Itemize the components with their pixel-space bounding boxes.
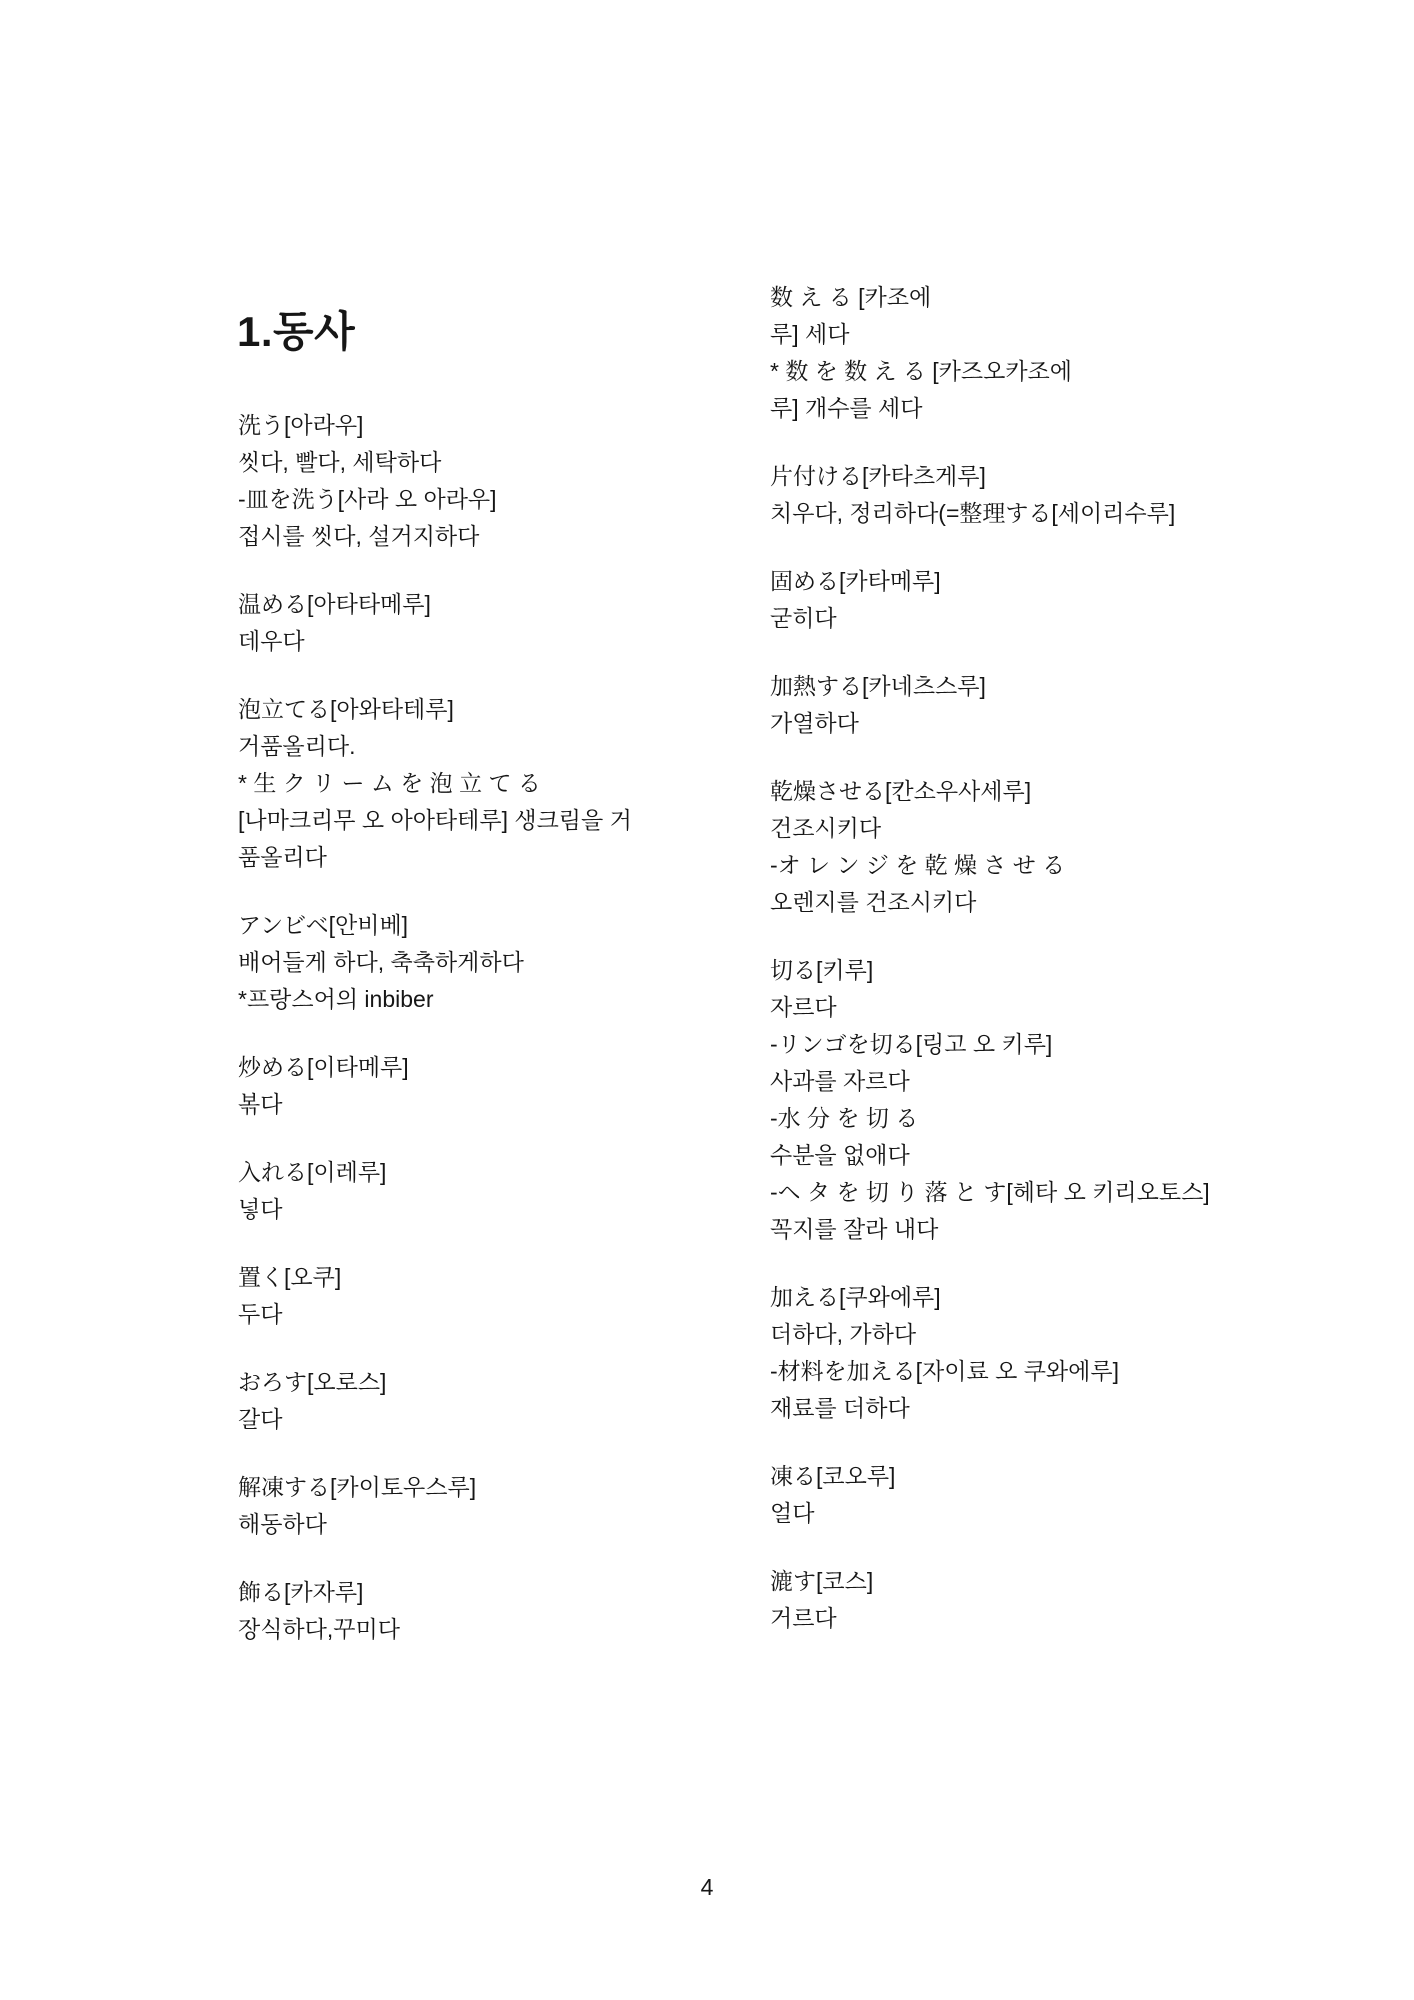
vocab-entry: 解凍する[카이토우스루]해동하다 xyxy=(238,1469,678,1543)
vocab-line: 꼭지를 잘라 내다 xyxy=(770,1211,1220,1248)
vocab-line: -オ レ ン ジ を 乾 燥 さ せ る xyxy=(770,847,1220,884)
page-title: 1.동사 xyxy=(237,309,355,355)
vocab-entry: 飾る[카자루]장식하다,꾸미다 xyxy=(238,1574,678,1648)
vocab-line: 洗う[아라우] xyxy=(238,407,678,444)
vocab-line: * 生 ク リ ー ム を 泡 立 て る xyxy=(238,765,678,802)
vocab-line: 오렌지를 건조시키다 xyxy=(770,884,1220,921)
vocab-line: -ヘ タ を 切 り 落 と す[헤타 오 키리오토스] xyxy=(770,1174,1220,1211)
vocab-line: 거품올리다. xyxy=(238,728,678,765)
vocab-entry: 加える[쿠와에루]더하다, 가하다-材料を加える[자이료 오 쿠와에루]재료를 … xyxy=(770,1279,1220,1427)
vocab-line: 固める[카타메루] xyxy=(770,563,1220,600)
vocab-line: 루] 세다 xyxy=(770,316,1220,353)
vocab-line: 수분을 없애다 xyxy=(770,1137,1220,1174)
vocab-line: 데우다 xyxy=(238,623,678,660)
vocab-line: 片付ける[카타츠게루] xyxy=(770,458,1220,495)
vocab-entry: おろす[오로스]갈다 xyxy=(238,1364,678,1438)
vocab-line: 얼다 xyxy=(770,1495,1220,1532)
vocab-entry: 片付ける[카타츠게루]치우다, 정리하다(=整理する[세이리수루] xyxy=(770,458,1220,532)
vocab-line: 접시를 씻다, 설거지하다 xyxy=(238,518,678,555)
vocab-entry: アンビベ[안비베]배어들게 하다, 축축하게하다*프랑스어의 inbiber xyxy=(238,907,678,1018)
vocab-line: 炒める[이타메루] xyxy=(238,1049,678,1086)
vocab-line: 해동하다 xyxy=(238,1506,678,1543)
vocab-entry: 固める[카타메루]굳히다 xyxy=(770,563,1220,637)
vocab-line: 건조시키다 xyxy=(770,810,1220,847)
vocab-entry: 温める[아타타메루]데우다 xyxy=(238,586,678,660)
vocab-entry: 置く[오쿠]두다 xyxy=(238,1259,678,1333)
vocab-line: アンビベ[안비베] xyxy=(238,907,678,944)
document-page: 1.동사 洗う[아라우]씻다, 빨다, 세탁하다-皿を洗う[사라 오 아라우]접… xyxy=(0,0,1414,2000)
vocab-line: 품올리다 xyxy=(238,839,678,876)
vocab-line: 씻다, 빨다, 세탁하다 xyxy=(238,444,678,481)
vocab-entry: 洗う[아라우]씻다, 빨다, 세탁하다-皿を洗う[사라 오 아라우]접시를 씻다… xyxy=(238,407,678,555)
vocab-line: 재료를 더하다 xyxy=(770,1390,1220,1427)
vocab-line: 굳히다 xyxy=(770,600,1220,637)
vocab-line: 置く[오쿠] xyxy=(238,1259,678,1296)
vocab-line: 더하다, 가하다 xyxy=(770,1316,1220,1353)
vocab-line: 볶다 xyxy=(238,1086,678,1123)
vocab-line: 解凍する[카이토우스루] xyxy=(238,1469,678,1506)
vocab-line: 漉す[코스] xyxy=(770,1563,1220,1600)
vocab-line: 루] 개수를 세다 xyxy=(770,390,1220,427)
vocab-line: 배어들게 하다, 축축하게하다 xyxy=(238,944,678,981)
vocab-entry: 漉す[코스]거르다 xyxy=(770,1563,1220,1637)
vocab-line: 사과를 자르다 xyxy=(770,1063,1220,1100)
vocab-line: -リンゴを切る[링고 오 키루] xyxy=(770,1026,1220,1063)
vocab-line: 凍る[코오루] xyxy=(770,1458,1220,1495)
vocab-line: 泡立てる[아와타테루] xyxy=(238,691,678,728)
vocab-line: 温める[아타타메루] xyxy=(238,586,678,623)
vocab-entry: 加熱する[카네츠스루]가열하다 xyxy=(770,668,1220,742)
vocab-line: 두다 xyxy=(238,1296,678,1333)
vocab-line: 切る[키루] xyxy=(770,952,1220,989)
vocab-line: 자르다 xyxy=(770,989,1220,1026)
vocab-entry: 数 え る [카조에루] 세다* 数 を 数 え る [카즈오카조에루] 개수를… xyxy=(770,279,1220,427)
vocab-line: 가열하다 xyxy=(770,705,1220,742)
right-column: 数 え る [카조에루] 세다* 数 を 数 え る [카즈오카조에루] 개수를… xyxy=(770,279,1220,1668)
vocab-line: * 数 を 数 え る [카즈오카조에 xyxy=(770,353,1220,390)
vocab-line: 치우다, 정리하다(=整理する[세이리수루] xyxy=(770,495,1220,532)
vocab-line: 갈다 xyxy=(238,1401,678,1438)
vocab-line: 乾燥させる[칸소우사세루] xyxy=(770,773,1220,810)
vocab-line: おろす[오로스] xyxy=(238,1364,678,1401)
vocab-entry: 炒める[이타메루]볶다 xyxy=(238,1049,678,1123)
vocab-line: 入れる[이레루] xyxy=(238,1154,678,1191)
vocab-entry: 泡立てる[아와타테루]거품올리다. * 生 ク リ ー ム を 泡 立 て る[… xyxy=(238,691,678,876)
vocab-line: 加熱する[카네츠스루] xyxy=(770,668,1220,705)
vocab-line: 数 え る [카조에 xyxy=(770,279,1220,316)
vocab-entry: 乾燥させる[칸소우사세루]건조시키다-オ レ ン ジ を 乾 燥 さ せ る오렌… xyxy=(770,773,1220,921)
page-number: 4 xyxy=(0,1869,1414,1906)
vocab-line: [나마크리무 오 아아타테루] 생크림을 거 xyxy=(238,802,678,839)
vocab-line: 飾る[카자루] xyxy=(238,1574,678,1611)
left-column: 洗う[아라우]씻다, 빨다, 세탁하다-皿を洗う[사라 오 아라우]접시를 씻다… xyxy=(238,407,678,1679)
vocab-line: 장식하다,꾸미다 xyxy=(238,1611,678,1648)
vocab-line: 加える[쿠와에루] xyxy=(770,1279,1220,1316)
vocab-line: -水 分 を 切 る xyxy=(770,1100,1220,1137)
vocab-line: *프랑스어의 inbiber xyxy=(238,981,678,1018)
vocab-entry: 切る[키루]자르다-リンゴを切る[링고 오 키루]사과를 자르다-水 分 を 切… xyxy=(770,952,1220,1248)
vocab-line: 넣다 xyxy=(238,1191,678,1228)
vocab-entry: 凍る[코오루]얼다 xyxy=(770,1458,1220,1532)
vocab-line: -皿を洗う[사라 오 아라우] xyxy=(238,481,678,518)
vocab-line: -材料を加える[자이료 오 쿠와에루] xyxy=(770,1353,1220,1390)
vocab-entry: 入れる[이레루]넣다 xyxy=(238,1154,678,1228)
vocab-line: 거르다 xyxy=(770,1600,1220,1637)
